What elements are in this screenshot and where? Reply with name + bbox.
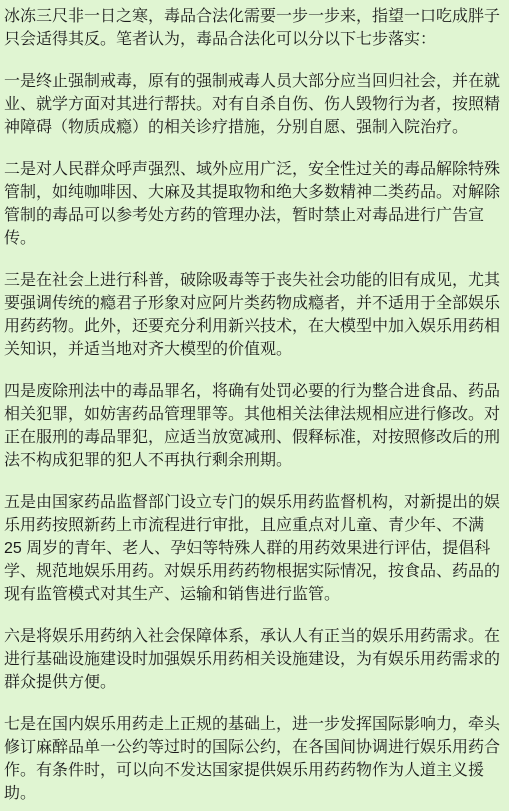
intro-paragraph: 冰冻三尺非一日之寒，毒品合法化需要一步一步来，指望一口吃成胖子只会适得其反。笔者… — [4, 5, 505, 51]
step-7-paragraph: 七是在国内娱乐用药走上正规的基础上，进一步发挥国际影响力，牵头修订麻醉品单一公约… — [4, 713, 505, 805]
step-6-paragraph: 六是将娱乐用药纳入社会保障体系，承认人有正当的娱乐用药需求。在进行基础设施建设时… — [4, 625, 505, 694]
step-3-paragraph: 三是在社会上进行科普，破除吸毒等于丧失社会功能的旧有成见，尤其要强调传统的瘾君子… — [4, 269, 505, 361]
step-2-paragraph: 二是对人民群众呼声强烈、域外应用广泛，安全性过关的毒品解除特殊管制，如纯咖啡因、… — [4, 158, 505, 250]
step-4-paragraph: 四是废除刑法中的毒品罪名，将确有处罚必要的行为整合进食品、药品相关犯罪，如妨害药… — [4, 380, 505, 472]
step-5-paragraph: 五是由国家药品监督部门设立专门的娱乐用药监督机构，对新提出的娱乐用药按照新药上市… — [4, 491, 505, 606]
document-page: 冰冻三尺非一日之寒，毒品合法化需要一步一步来，指望一口吃成胖子只会适得其反。笔者… — [0, 0, 509, 811]
step-1-paragraph: 一是终止强制戒毒，原有的强制戒毒人员大部分应当回归社会，并在就业、就学方面对其进… — [4, 70, 505, 139]
